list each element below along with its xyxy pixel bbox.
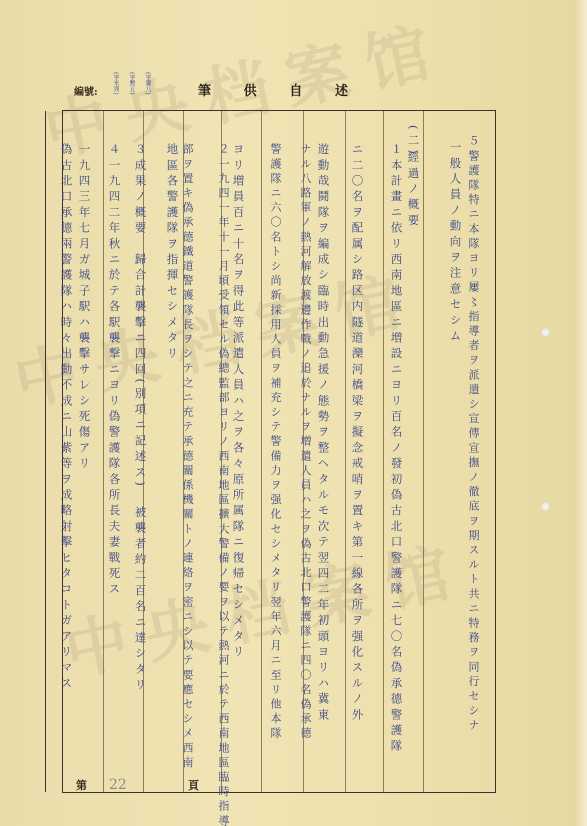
archival-document-page: 中央档案馆 中央档案馆 中央档案馆 編號: (字米列) (字暫五) (字寶八) … [0, 0, 587, 826]
handwritten-column: 地區各警護隊ヲ指揮セシメタリ [166, 143, 178, 363]
handwritten-column: 警護隊ニ六〇名トシ尚新採用人員ヲ補充シテ警備力ヲ强化セシメタリ翌年六月ニ至リ他本… [270, 143, 281, 742]
archive-stamps: (字米列) (字暫五) (字寶八) [112, 72, 150, 95]
handwritten-column: 一九四三年七月ガ城子駅ハ襲擊サレシ死傷アリ [78, 143, 90, 473]
handwritten-column: 經過ノ概要 [407, 151, 419, 230]
binder-hole [541, 328, 550, 337]
binder-hole [541, 502, 550, 511]
manuscript-grid: ５警護隊特ニ本隊ヨリ屢〻指導者ヲ派遣シ宣傳宣撫ノ徹底ヲ期スルト共ニ特務ヲ同行セシ… [62, 110, 496, 793]
handwritten-column: 遊動哉鬪隊ヲ編成シ臨時出動急援ノ態勢ヲ整ヘタルモ次テ翌四二年初頭ヨリハ冀東 [317, 143, 329, 724]
grid-column-line [345, 111, 346, 792]
handwritten-column: ３成果ノ概要 歸合計襲擊ニ四回(別項ニ記述ス) 被襲者約二百名ニ達シタリ [134, 143, 146, 694]
grid-column-line [383, 111, 384, 792]
handwritten-column: ４一九四二年秋ニ於テ各駅襲撃ニヨリ偽警護隊各所長夫妻戰死ス [108, 143, 120, 598]
page-prefix: 第 [76, 777, 87, 793]
stamp-mark: (字米列) [112, 72, 118, 95]
grid-column-line [261, 111, 262, 792]
handwritten-column: ナル八路軍ノ熱河解放渡邊作戰ノ追於ナルヲ増遣人員ハ之ヲ偽古北口警護隊ニ四〇名偽承… [300, 143, 311, 742]
document-header: 編號: (字米列) (字暫五) (字寶八) 筆 供 自 述 [60, 78, 540, 108]
document-title: 筆 供 自 述 [198, 80, 348, 99]
title-char: 供 [244, 80, 257, 99]
grid-border [45, 111, 46, 792]
title-char: 自 [289, 80, 302, 99]
handwritten-column: 偽古北口承德兩警護隊ハ時々出動不成ニ山紫等ヲ成略射擊ヒタコトガアリマス [60, 143, 72, 693]
page-suffix: 頁 [188, 777, 199, 793]
title-char: 述 [335, 80, 348, 99]
handwritten-column: 一般人員ノ動向ヲ注意セシム [449, 141, 461, 345]
handwritten-column: ２一九四一年十一月頃受領セル偽總監部ヨリノ西南地區擴大警備ノ要ヲ以テ熱河ニ於テ西… [218, 143, 229, 826]
handwritten-column: １本計畫ニ依リ西南地區ニ増設ニヨリ百名ノ發初偽古北口警護隊ニ七〇名偽承德警護隊 [390, 143, 402, 755]
handwritten-column: 部ヲ置キ偽承德鐵道警護隊長ヲシテ之ニ充テ承德關係機關トノ連絡ヲ密ニシ以テ要應セシ… [182, 143, 193, 771]
title-char: 筆 [198, 80, 211, 99]
stamp-mark: (字寶八) [144, 72, 150, 95]
handwritten-column: ニ二〇名ヲ配属シ路区内隧道灤河橋梁ヲ擬念戒哨ヲ置キ第一線各所ヲ强化スルノ外 [351, 143, 363, 724]
handwritten-column: ヨリ増員百ニ十名ヲ得此等派遣人員ハ之ヲ各々原所属隊ニ復帰セシメタリ [232, 143, 244, 661]
stamp-mark: (字暫五) [128, 72, 134, 95]
grid-column-line [103, 111, 104, 792]
serial-number-label: 編號: [74, 83, 98, 98]
grid-column-line [423, 111, 424, 792]
handwritten-column: ５警護隊特ニ本隊ヨリ屢〻指導者ヲ派遣シ宣傳宣撫ノ徹底ヲ期スルト共ニ特務ヲ同行セシ… [468, 135, 479, 734]
page-number: 22 [109, 777, 127, 793]
